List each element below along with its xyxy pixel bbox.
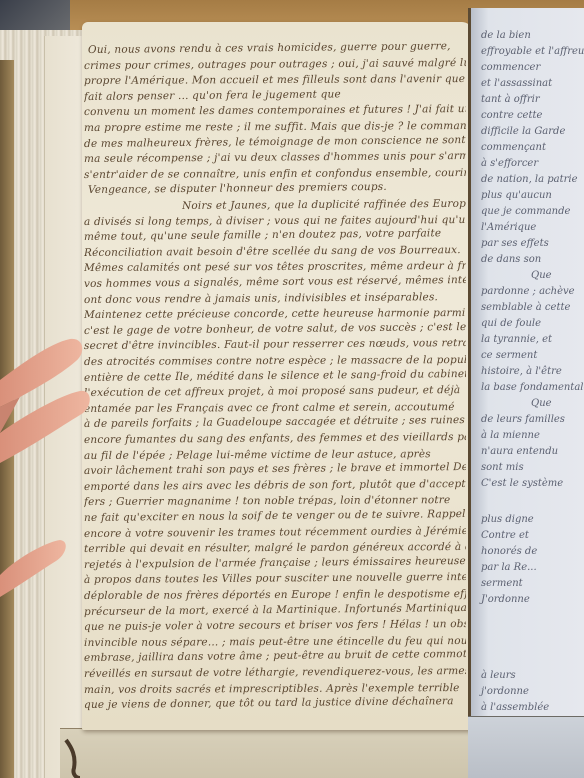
handwritten-line-right: Que [531, 398, 552, 409]
handwritten-line: encore fumantes du sang des enfants, des… [84, 431, 466, 446]
handwritten-line-right: difficile la Garde [481, 126, 565, 137]
handwritten-line-right: à s'efforcer [481, 158, 538, 169]
handwritten-line-right: Que [531, 270, 552, 281]
handwritten-line-right: la tyrannie, et [481, 334, 552, 345]
handwritten-line: entamée par les Français avec ce front c… [84, 401, 466, 415]
handwritten-line: déplorable de nos frères déportés en Eur… [84, 588, 466, 602]
handwritten-line-right: l'Amérique [481, 222, 536, 233]
handwritten-line-right: serment [481, 578, 523, 589]
handwritten-line: entière de cette Île, médité dans le sil… [84, 368, 466, 384]
handwritten-line: ont donc vous rendre à jamais unis, indi… [84, 291, 466, 306]
handwritten-line: que ne puis-je voler à votre secours et … [84, 618, 466, 633]
handwritten-line: précurseur de la mort, exercé à la Marti… [84, 602, 466, 618]
lower-page-sheet [60, 728, 510, 778]
handwritten-line: vos hommes vous a signalés, même sort vo… [84, 274, 466, 290]
handwritten-line: avoir lâchement trahi son pays et ses fr… [84, 461, 466, 477]
handwritten-line-right: par la Re... [481, 562, 537, 573]
handwritten-line-right: qui de foule [481, 318, 541, 329]
handwritten-line-right: par ses effets [481, 238, 549, 249]
manuscript-page-right: de la bieneffroyable et l'affreuxcommenc… [468, 8, 584, 748]
handwritten-line: main, vos droits sacrés et imprescriptib… [84, 682, 466, 696]
handwritten-line: à propos dans toutes les Villes pour sus… [84, 571, 466, 586]
handwritten-line-right: honorés de [481, 546, 537, 557]
handwritten-line: terrible qui devait en résulter, malgré … [84, 541, 466, 555]
hand-icon [0, 335, 92, 605]
handwritten-line: réveillés en sursaut de votre léthargie,… [84, 665, 466, 680]
handwritten-line-right: ce serment [481, 350, 537, 361]
handwritten-line: ma seule récompense ; j'ai vu deux class… [84, 150, 466, 165]
handwritten-line-right: tant à offrir [481, 94, 540, 105]
handwritten-line: secret d'être invincibles. Faut-il pour … [84, 337, 466, 352]
handwritten-line-right: plus qu'aucun [481, 190, 552, 201]
handwritten-line-right: de leurs familles [481, 414, 565, 425]
handwritten-line-right: sont mis [481, 462, 524, 473]
binding-string [62, 738, 86, 778]
handwritten-line-right: que je commande [481, 206, 570, 217]
handwritten-line-right: et l'assassinat [481, 78, 552, 89]
handwritten-line-right: plus digne [481, 514, 534, 525]
handwritten-line: de mes malheureux frères, le témoignage … [84, 134, 466, 150]
handwritten-line: convenu un moment les dames contemporain… [84, 103, 466, 118]
handwritten-line: que je viens de donner, que tôt ou tard … [84, 695, 466, 711]
handwritten-line: Maintenez cette précieuse concorde, cett… [84, 307, 466, 321]
handwritten-line: Noirs et Jaunes, que la duplicité raffin… [182, 198, 466, 212]
handwritten-line: c'est le gage de votre bonheur, de votre… [84, 321, 466, 337]
handwritten-line: s'entr'aider de se connaître, unis enfin… [84, 167, 466, 181]
handwritten-line: à de pareils forfaits ; la Guadeloupe sa… [84, 414, 466, 430]
handwritten-line-right: de nation, la patrie [481, 174, 578, 185]
handwritten-line: Mêmes calamités ont pesé sur vos têtes p… [84, 260, 466, 274]
handwritten-line: a divisés si long temps, à diviser ; vou… [84, 214, 466, 228]
handwritten-line-right: la base fondamentale [481, 382, 584, 393]
handwritten-line: propre l'Amérique. Mon accueil et mes fi… [84, 73, 466, 87]
handwritten-line: fait alors penser ... qu'on fera le juge… [84, 87, 466, 103]
handwritten-line: crimes pour crimes, outrages pour outrag… [84, 57, 466, 72]
handwritten-line-right: semblable à cette [481, 302, 570, 313]
handwritten-line: encore à votre souvenir les trames tout … [84, 525, 466, 540]
handwritten-line: Oui, nous avons rendu à ces vrais homici… [88, 40, 466, 56]
handwritten-line-right: effroyable et l'affreux [481, 46, 584, 57]
handwritten-line: l'exécution de cet affreux projet, à moi… [84, 384, 466, 399]
handwritten-line-right: à la mienne [481, 430, 540, 441]
handwritten-line-right: commençant [481, 142, 546, 153]
manuscript-page-left: Oui, nous avons rendu à ces vrais homici… [82, 22, 472, 730]
handwritten-line: Réconciliation avait besoin d'être scell… [84, 244, 466, 259]
handwritten-line-right: J'ordonne [481, 594, 530, 605]
handwritten-line-right: histoire, à l'être [481, 366, 562, 377]
right-lower-sheet [468, 716, 584, 778]
handwritten-line: ma propre estime me reste ; il me suffit… [84, 120, 466, 134]
handwritten-line-right: j'ordonne [481, 686, 529, 697]
handwritten-line: ne fait qu'exciter en nous la soif de te… [84, 508, 466, 524]
handwritten-line-right: n'aura entendu [481, 446, 558, 457]
handwritten-line: fers ; Guerrier magnanime ! ton noble tr… [84, 494, 466, 508]
handwritten-line-right: à l'assemblée [481, 702, 549, 713]
handwritten-line: au fil de l'épée ; Pelage lui-même victi… [84, 448, 466, 462]
handwritten-line: Vengeance, se disputer l'honneur des pre… [88, 180, 466, 196]
handwritten-line: invincible nous sépare... ; mais peut-êt… [84, 635, 466, 649]
handwritten-line-right: Contre et [481, 530, 529, 541]
handwritten-line: rejetés à l'expulsion de l'armée françai… [84, 555, 466, 571]
handwritten-line: même tout, qu'une seule famille ; n'en d… [84, 227, 466, 243]
handwritten-line-right: de la bien [481, 30, 531, 41]
handwritten-line-right: à leurs [481, 670, 516, 681]
handwritten-line-right: pardonne ; achève [481, 286, 575, 297]
handwritten-line-right: C'est le système [481, 478, 563, 489]
handwritten-line-right: de dans son [481, 254, 541, 265]
handwritten-line: emporté dans les airs avec les débris de… [84, 478, 466, 493]
handwritten-line: des atrocités commises contre notre espè… [84, 354, 466, 368]
handwritten-line: embrase, jaillira dans votre âme ; peut-… [84, 648, 466, 664]
handwritten-line-right: contre cette [481, 110, 542, 121]
handwritten-line-right: commencer [481, 62, 540, 73]
